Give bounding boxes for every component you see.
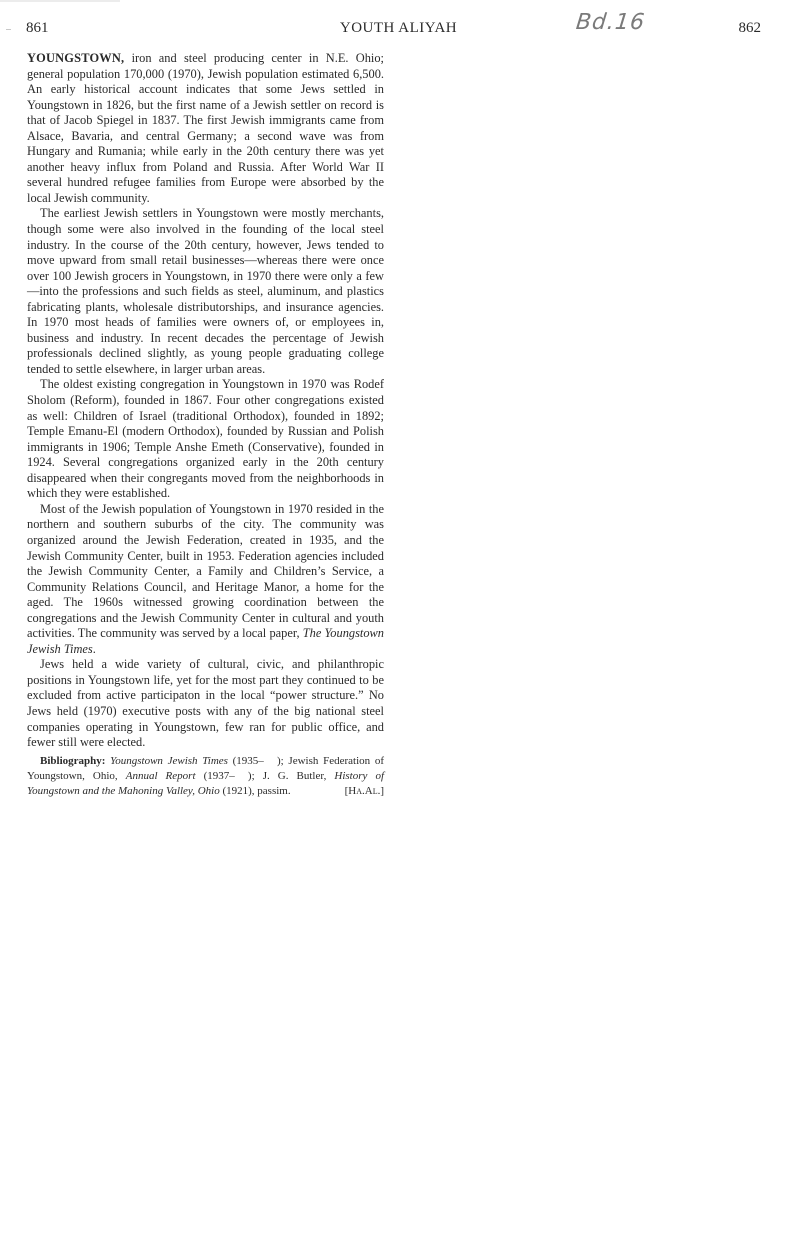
page-number-right: 862 [739, 20, 762, 37]
bibliography-text-2: (1937– ); J. G. Butler, [196, 770, 335, 782]
article-paragraph-2: The earliest Jewish settlers in Youngsto… [27, 206, 384, 377]
bibliography-label: Bibliography: [40, 755, 105, 767]
paragraph-text: Most of the Jewish population of Youngst… [27, 502, 384, 640]
running-head: 861 YOUTH ALIYAH Bd.16 862 [0, 20, 797, 44]
article-paragraph-4: Most of the Jewish population of Youngst… [27, 502, 384, 657]
paragraph-text: iron and steel producing center in N.E. … [27, 51, 384, 205]
bibliography-title-2: Annual Report [126, 770, 196, 782]
bibliography-title-1: Youngstown Jewish Times [110, 755, 228, 767]
article-paragraph-3: The oldest existing congregation in Youn… [27, 377, 384, 501]
article-headword: YOUNGSTOWN, [27, 51, 124, 65]
article-column: YOUNGSTOWN, iron and steel producing cen… [27, 51, 384, 799]
bibliography-text-3: (1921), passim. [220, 785, 291, 797]
article-paragraph-1: YOUNGSTOWN, iron and steel producing cen… [27, 51, 384, 206]
handwritten-volume-note: Bd.16 [575, 10, 647, 35]
scan-artifact-line [0, 0, 120, 2]
bibliography: Bibliography: Youngstown Jewish Times (1… [27, 754, 384, 800]
paragraph-end: . [93, 642, 96, 656]
running-title: YOUTH ALIYAH [0, 20, 797, 37]
article-paragraph-5: Jews held a wide variety of cultural, ci… [27, 657, 384, 750]
